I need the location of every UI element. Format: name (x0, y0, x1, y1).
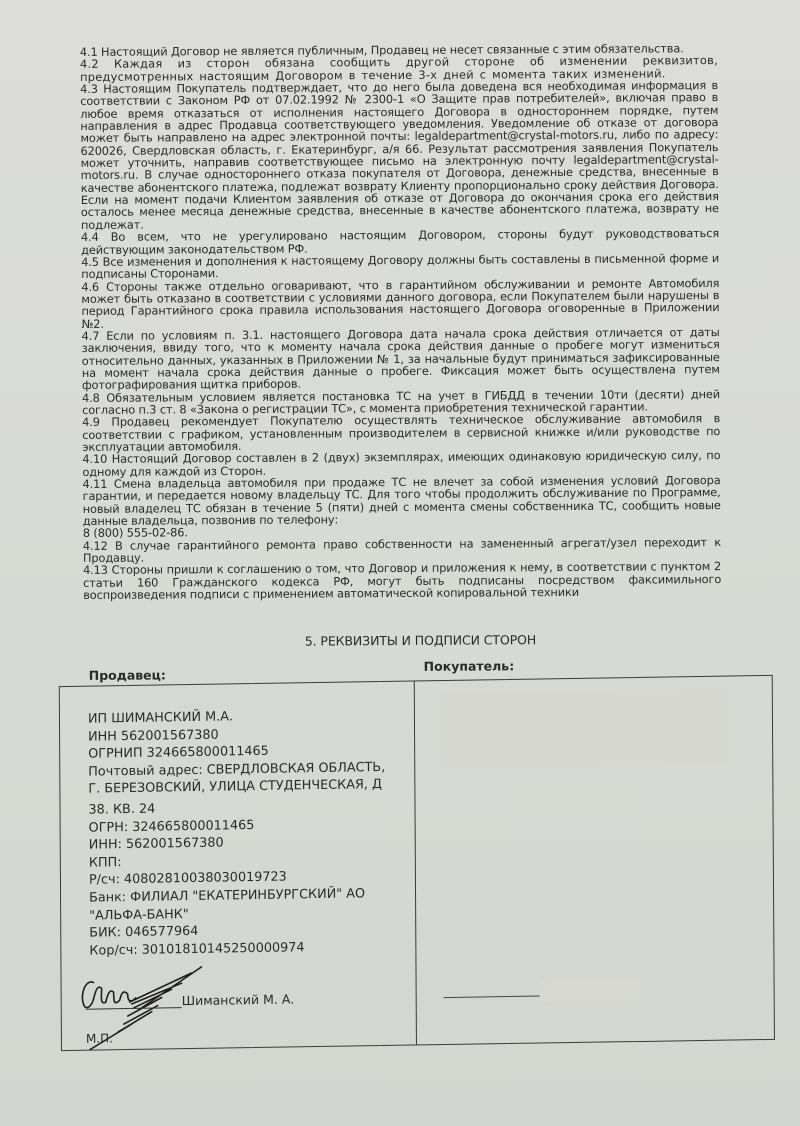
seller-signatory-name: Шиманский М. А. (182, 991, 295, 1008)
clause-4-11: 4.11 Смена владельца автомобиля при прод… (82, 474, 720, 527)
seller-label: Продавец: (89, 667, 166, 682)
seller-details: ИП ШИМАНСКИЙ М.А. ИНН 562001567380 ОГРНИ… (88, 706, 409, 960)
clause-4-3: 4.3 Настоящим Покупатель подтверждает, ч… (80, 79, 719, 231)
buyer-label: Покупатель: (424, 658, 515, 674)
buyer-details-redacted (440, 689, 728, 770)
contract-page: 4.1 Настоящий Договор не является публич… (0, 0, 800, 1126)
stamp-placeholder: М.П. (86, 1031, 113, 1045)
clause-4-9: 4.9 Продавец рекомендует Покупателю осущ… (82, 412, 720, 453)
clause-4-7: 4.7 Если по условиям п. 3.1. настоящего … (82, 326, 720, 392)
contract-clauses: 4.1 Настоящий Договор не является публич… (80, 42, 721, 601)
buyer-signatory-redacted (540, 978, 644, 1002)
clause-4-13: 4.13 Стороны пришли к соглашению о том, … (83, 560, 721, 601)
column-divider (414, 681, 417, 1044)
clause-4-6: 4.6 Стороны также отдельно оговаривают, … (81, 277, 719, 330)
requisites-table: ИП ШИМАНСКИЙ М.А. ИНН 562001567380 ОГРНИ… (59, 675, 775, 1051)
section-title: 5. РЕКВИЗИТЫ И ПОДПИСИ СТОРОН (0, 631, 800, 651)
seller-address-line-2: Г. БЕРЕЗОВСКИЙ, УЛИЦА СТУДЕНЧЕСКАЯ, Д (88, 776, 408, 799)
buyer-signature-line (444, 996, 542, 999)
